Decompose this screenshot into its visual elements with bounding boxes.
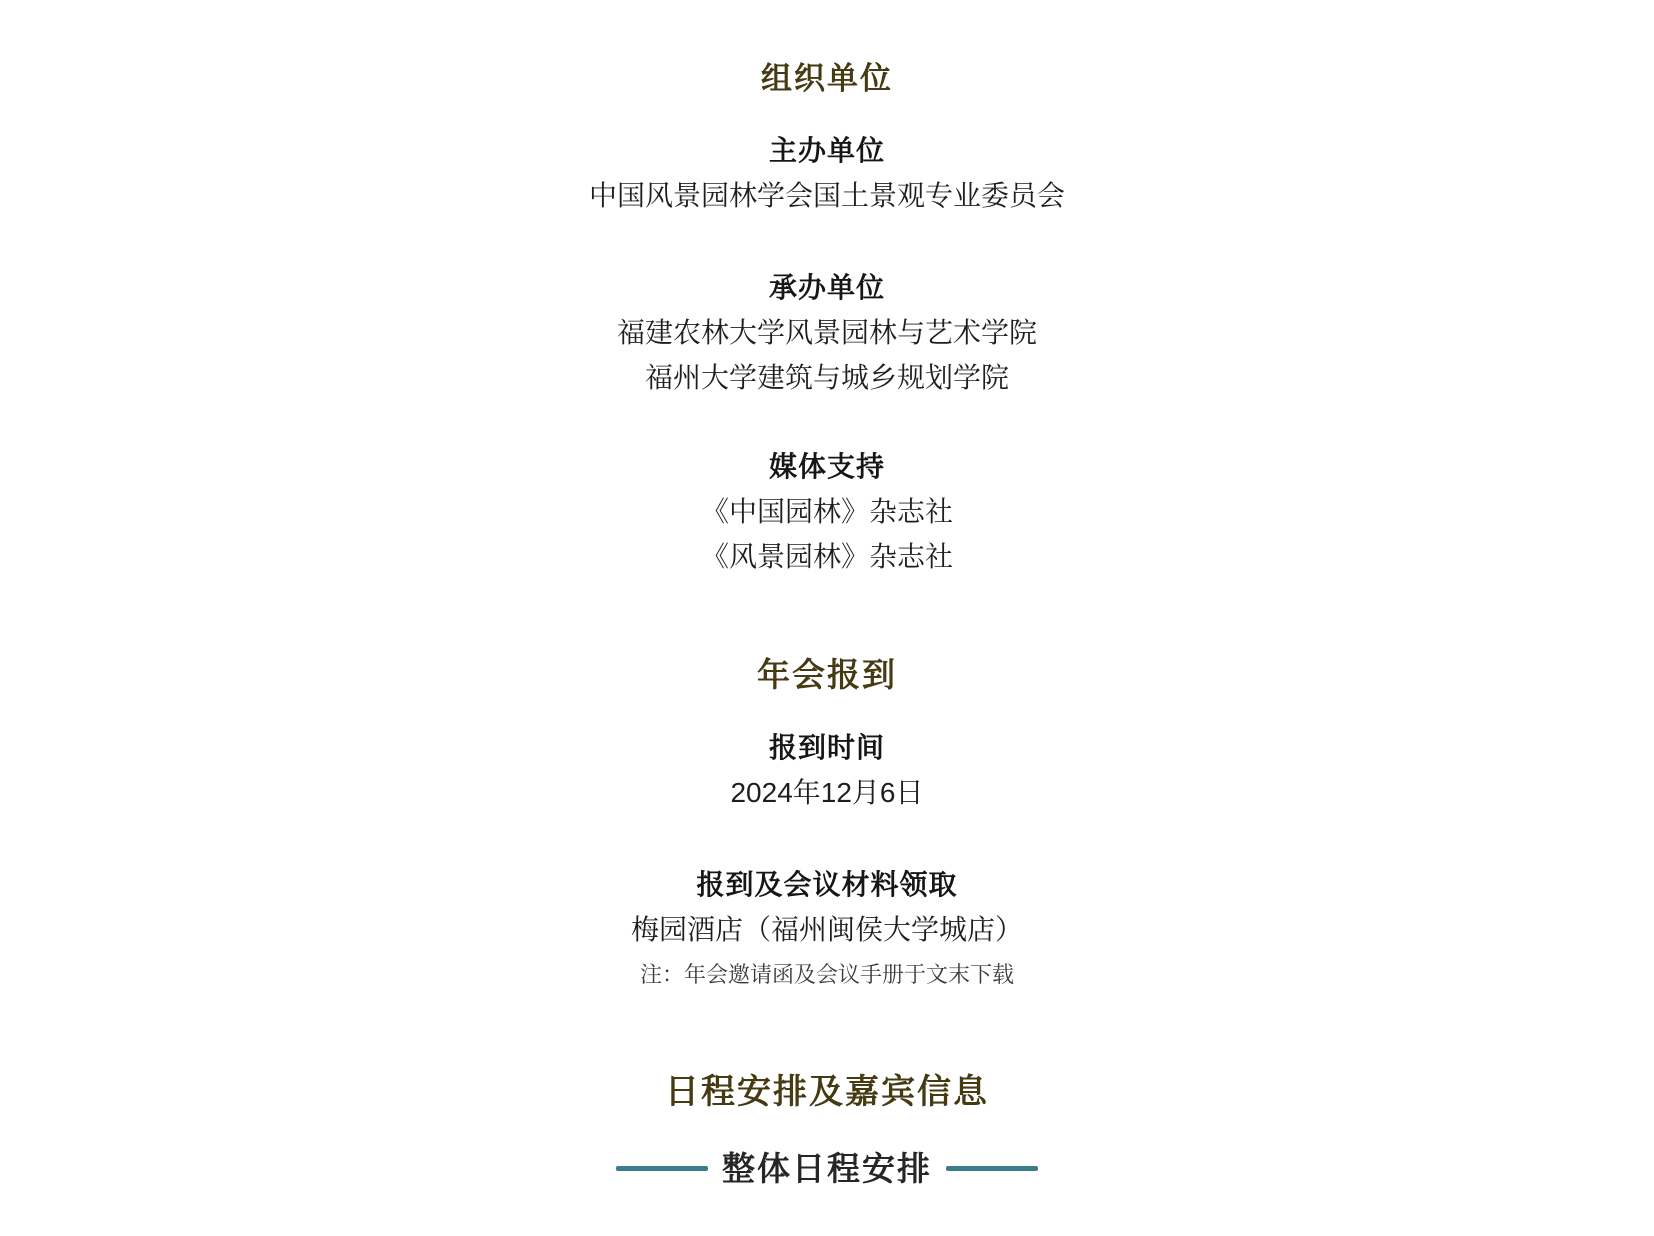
media-support-line-2: 《风景园林》杂志社 bbox=[0, 534, 1654, 579]
undertaker-line-2: 福州大学建筑与城乡规划学院 bbox=[0, 355, 1654, 400]
group-label-host: 主办单位 bbox=[0, 128, 1654, 173]
section-title-schedule: 日程安排及嘉宾信息 bbox=[0, 1070, 1654, 1115]
hotel-line: 梅园酒店（福州闽侯大学城店） bbox=[0, 907, 1654, 952]
schedule-divider-heading: 整体日程安排 bbox=[0, 1146, 1654, 1191]
media-support-line-1: 《中国园林》杂志社 bbox=[0, 489, 1654, 534]
group-label-registration-time: 报到时间 bbox=[0, 725, 1654, 770]
overall-schedule-title: 整体日程安排 bbox=[722, 1146, 932, 1191]
section-title-organizers: 组织单位 bbox=[0, 56, 1654, 101]
group-label-media-support: 媒体支持 bbox=[0, 444, 1654, 489]
article-page: 组织单位 主办单位 中国风景园林学会国土景观专业委员会 承办单位 福建农林大学风… bbox=[0, 0, 1654, 1191]
host-unit-line: 中国风景园林学会国土景观专业委员会 bbox=[0, 173, 1654, 218]
group-label-undertaker: 承办单位 bbox=[0, 265, 1654, 310]
group-label-material-pickup: 报到及会议材料领取 bbox=[0, 862, 1654, 907]
divider-line-left-icon bbox=[616, 1166, 708, 1171]
divider-line-right-icon bbox=[946, 1166, 1038, 1171]
registration-date-line: 2024年12月6日 bbox=[0, 770, 1654, 815]
undertaker-line-1: 福建农林大学风景园林与艺术学院 bbox=[0, 310, 1654, 355]
section-title-registration: 年会报到 bbox=[0, 652, 1654, 697]
download-note: 注：年会邀请函及会议手册于文末下载 bbox=[0, 952, 1654, 997]
